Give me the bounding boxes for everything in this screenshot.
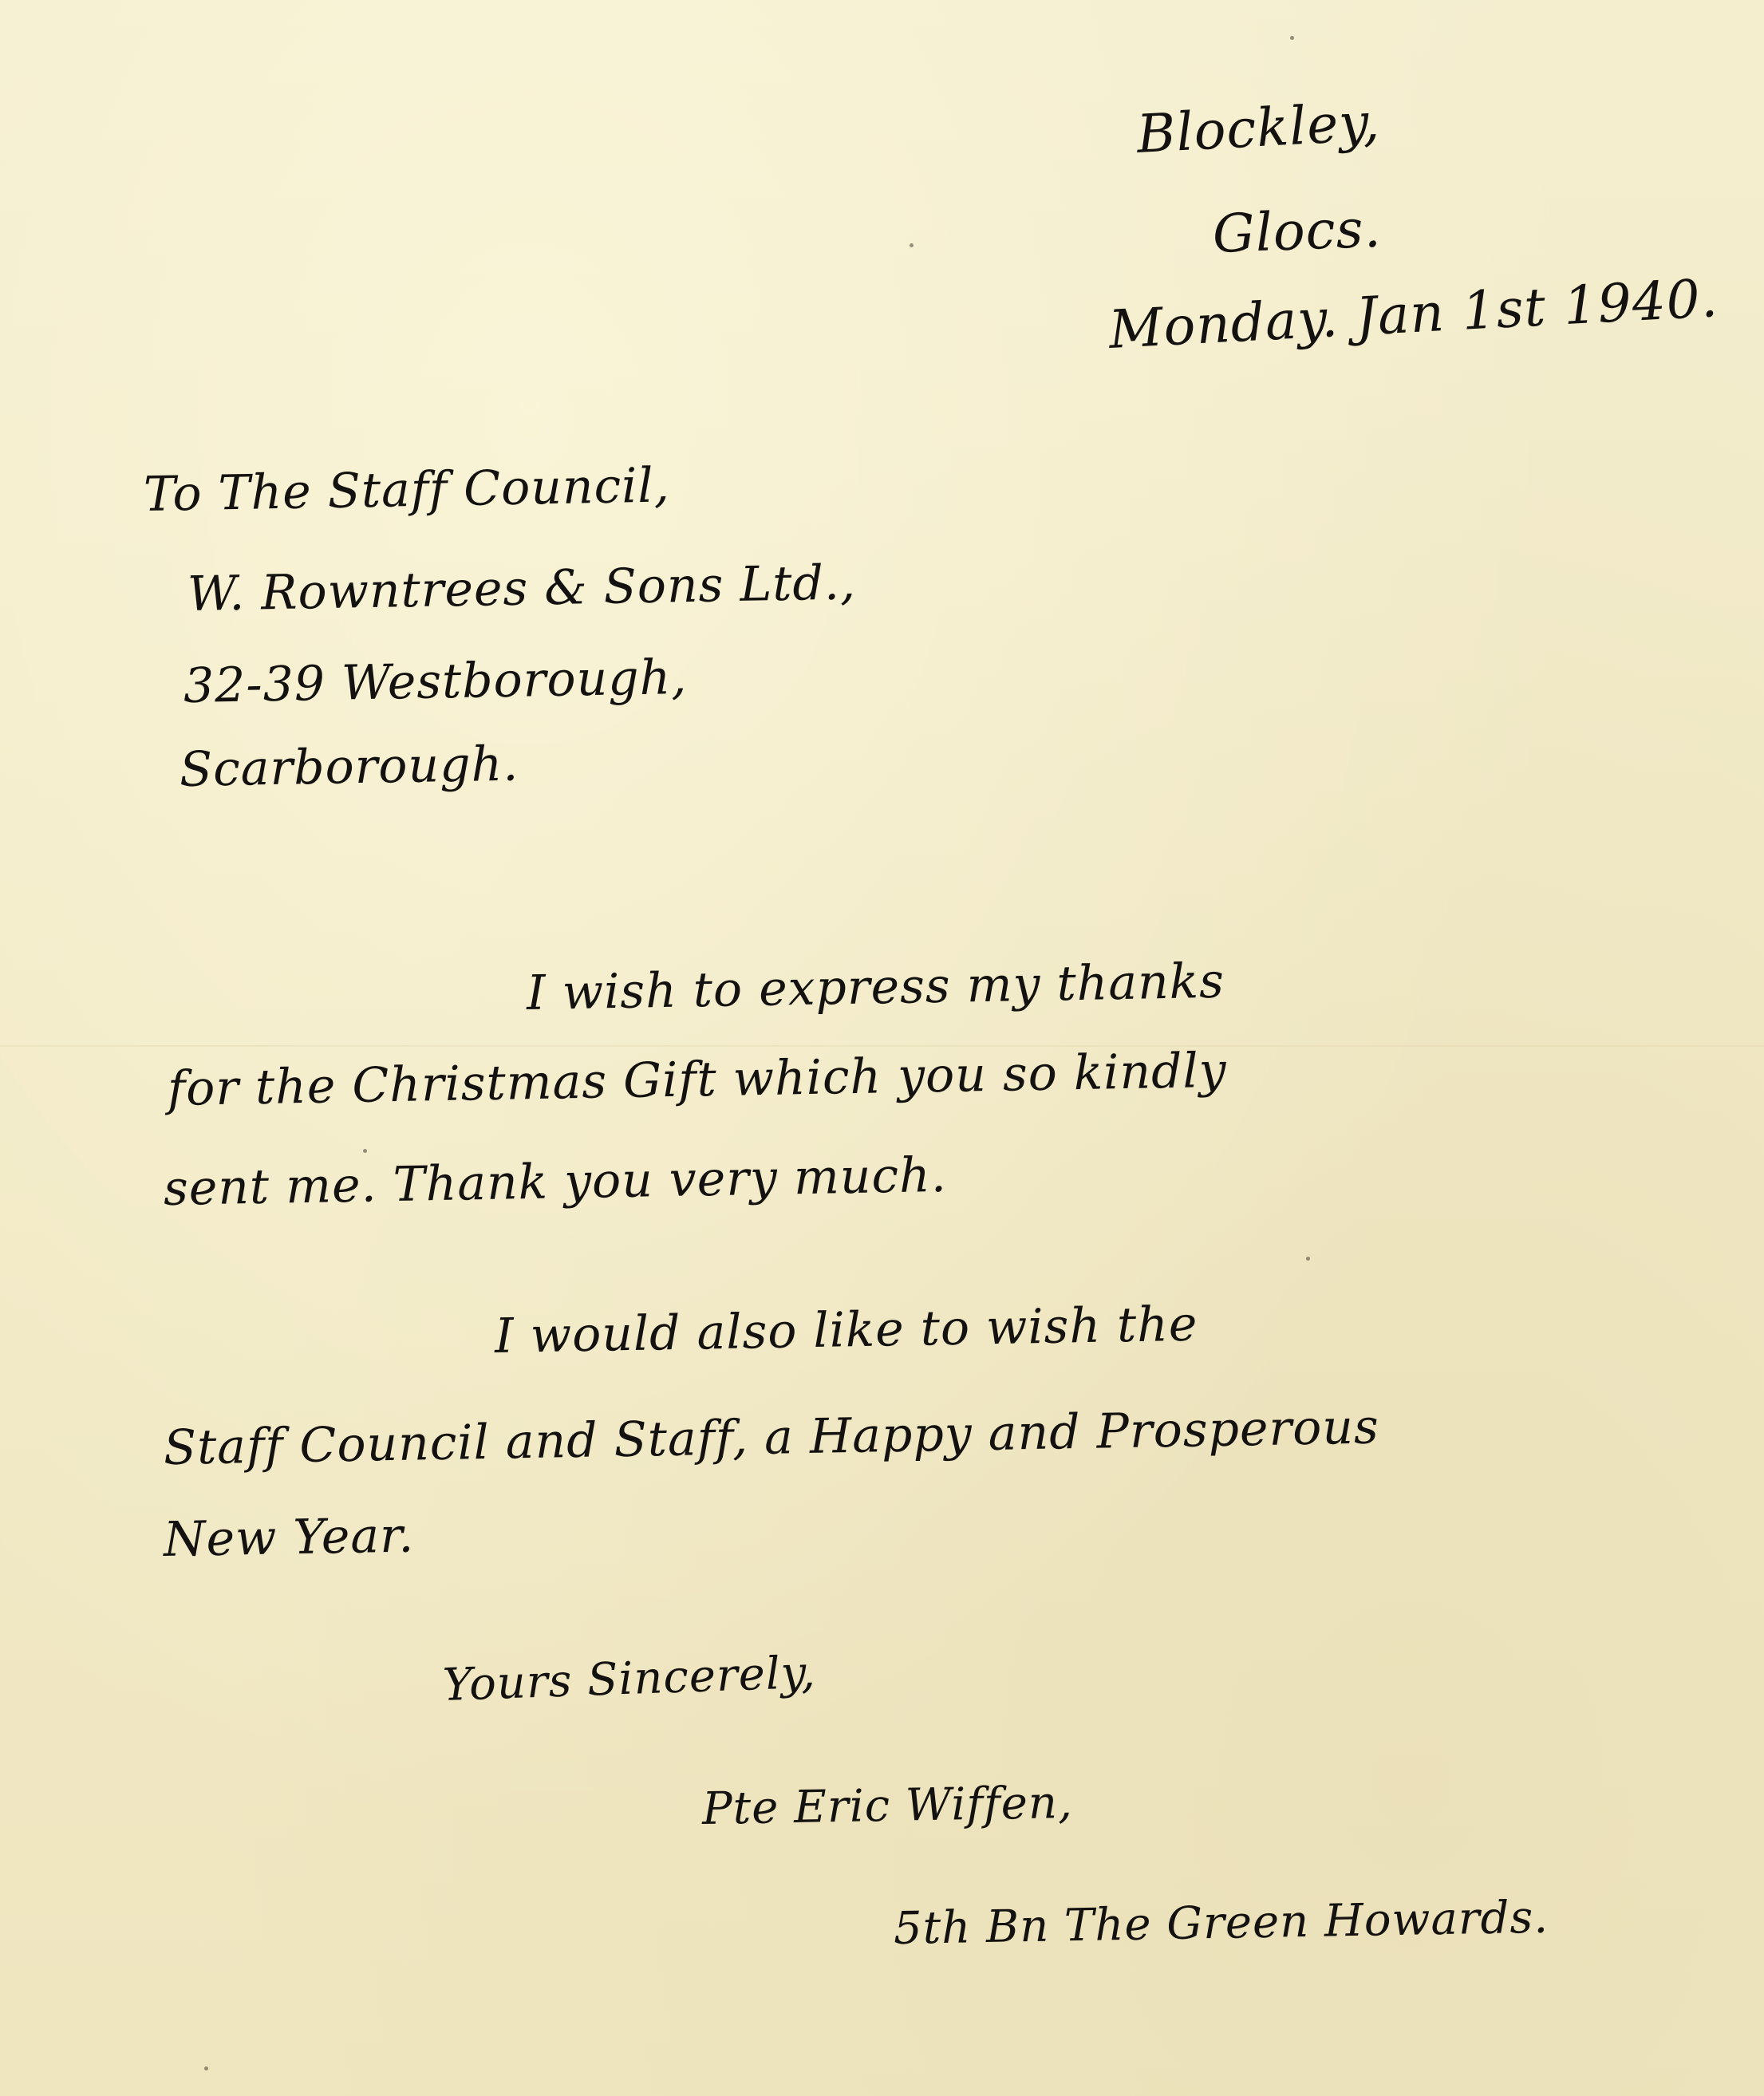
signature-unit: 5th Bn The Green Howards. xyxy=(893,1892,1549,1955)
body-p1-line-1: I wish to express my thanks xyxy=(526,953,1225,1021)
paper-speck xyxy=(363,1149,367,1153)
body-p2-line-3: New Year. xyxy=(163,1508,414,1568)
recipient-line-2: W. Rowntrees & Sons Ltd., xyxy=(187,555,856,622)
sender-county: Glocs. xyxy=(1212,198,1383,265)
body-p1-line-2: for the Christmas Gift which you so kind… xyxy=(167,1043,1227,1117)
recipient-line-1: To The Staff Council, xyxy=(143,457,670,523)
recipient-line-4: Scarborough. xyxy=(179,736,519,798)
signature-name: Pte Eric Wiffen, xyxy=(701,1777,1073,1835)
body-p1-line-3: sent me. Thank you very much. xyxy=(163,1147,947,1217)
paper-speck xyxy=(1306,1257,1310,1261)
body-p2-line-1: I would also like to wish the xyxy=(494,1297,1198,1364)
sender-town: Blockley, xyxy=(1135,91,1382,165)
letter-page: Blockley, Glocs. Monday. Jan 1st 1940. T… xyxy=(0,0,1764,2096)
closing-salutation: Yours Sincerely, xyxy=(442,1647,817,1711)
paper-speck xyxy=(910,243,914,247)
body-p2-line-2: Staff Council and Staff, a Happy and Pro… xyxy=(163,1399,1379,1476)
recipient-line-3: 32-39 Westborough, xyxy=(183,649,687,714)
paper-speck xyxy=(1290,36,1294,40)
paper-speck xyxy=(204,2066,208,2070)
letter-date: Monday. Jan 1st 1940. xyxy=(1107,267,1719,361)
paper-fold-line xyxy=(0,1045,1764,1047)
